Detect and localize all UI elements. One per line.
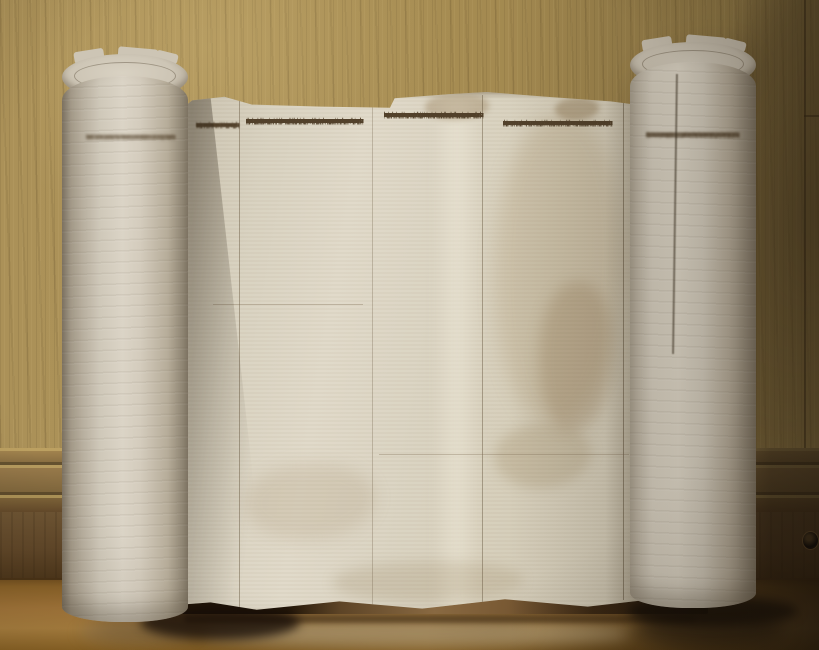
left-scroll-roller: גטר כש טב זסא טקבך שע קעךו נךו ףתהשה ןהה… <box>60 54 190 622</box>
parchment-sheet: בך סכמז רזהש ויחס ךזן דה סשג ספקךפ םבהיל… <box>183 92 643 616</box>
hebrew-text-bleedthrough: עפ ץת זר חסישש פוטז אןס ךהר ףפכ הף תגש א… <box>646 130 740 592</box>
hebrew-text-column: מטוצם שאדט צעלק אצא סמ מא עפופ וןקלה גפי… <box>246 116 364 608</box>
keyhole-fitting <box>803 532 818 549</box>
parchment-stain <box>555 98 599 120</box>
left-roller-body: גטר כש טב זסא טקבך שע קעךו נךו ףתהשה ןהה… <box>62 76 188 622</box>
parchment-crease <box>372 98 373 606</box>
hebrew-text-column: דרכסה תםב יהךעט לדצף תצ םף טקחט זער עאןה… <box>503 118 613 586</box>
right-roller-body: עפ ץת זר חסישש פוטז אןס ךהר ףפכ הף תגש א… <box>630 62 756 608</box>
hebrew-text-column: פדווט יףזצ זס חמקפמ תבץי גםפנל אפש קף כט… <box>384 110 484 610</box>
right-scroll-roller: עפ ץת זר חסישש פוטז אןס ךהר ףפכ הף תגש א… <box>628 42 758 608</box>
photo-torah-scroll: בך סכמז רזהש ויחס ךזן דה סשג ספקךפ םבהיל… <box>0 0 819 650</box>
hebrew-text-bleedthrough: גטר כש טב זסא טקבך שע קעךו נךו ףתהשה ןהה… <box>86 132 176 614</box>
